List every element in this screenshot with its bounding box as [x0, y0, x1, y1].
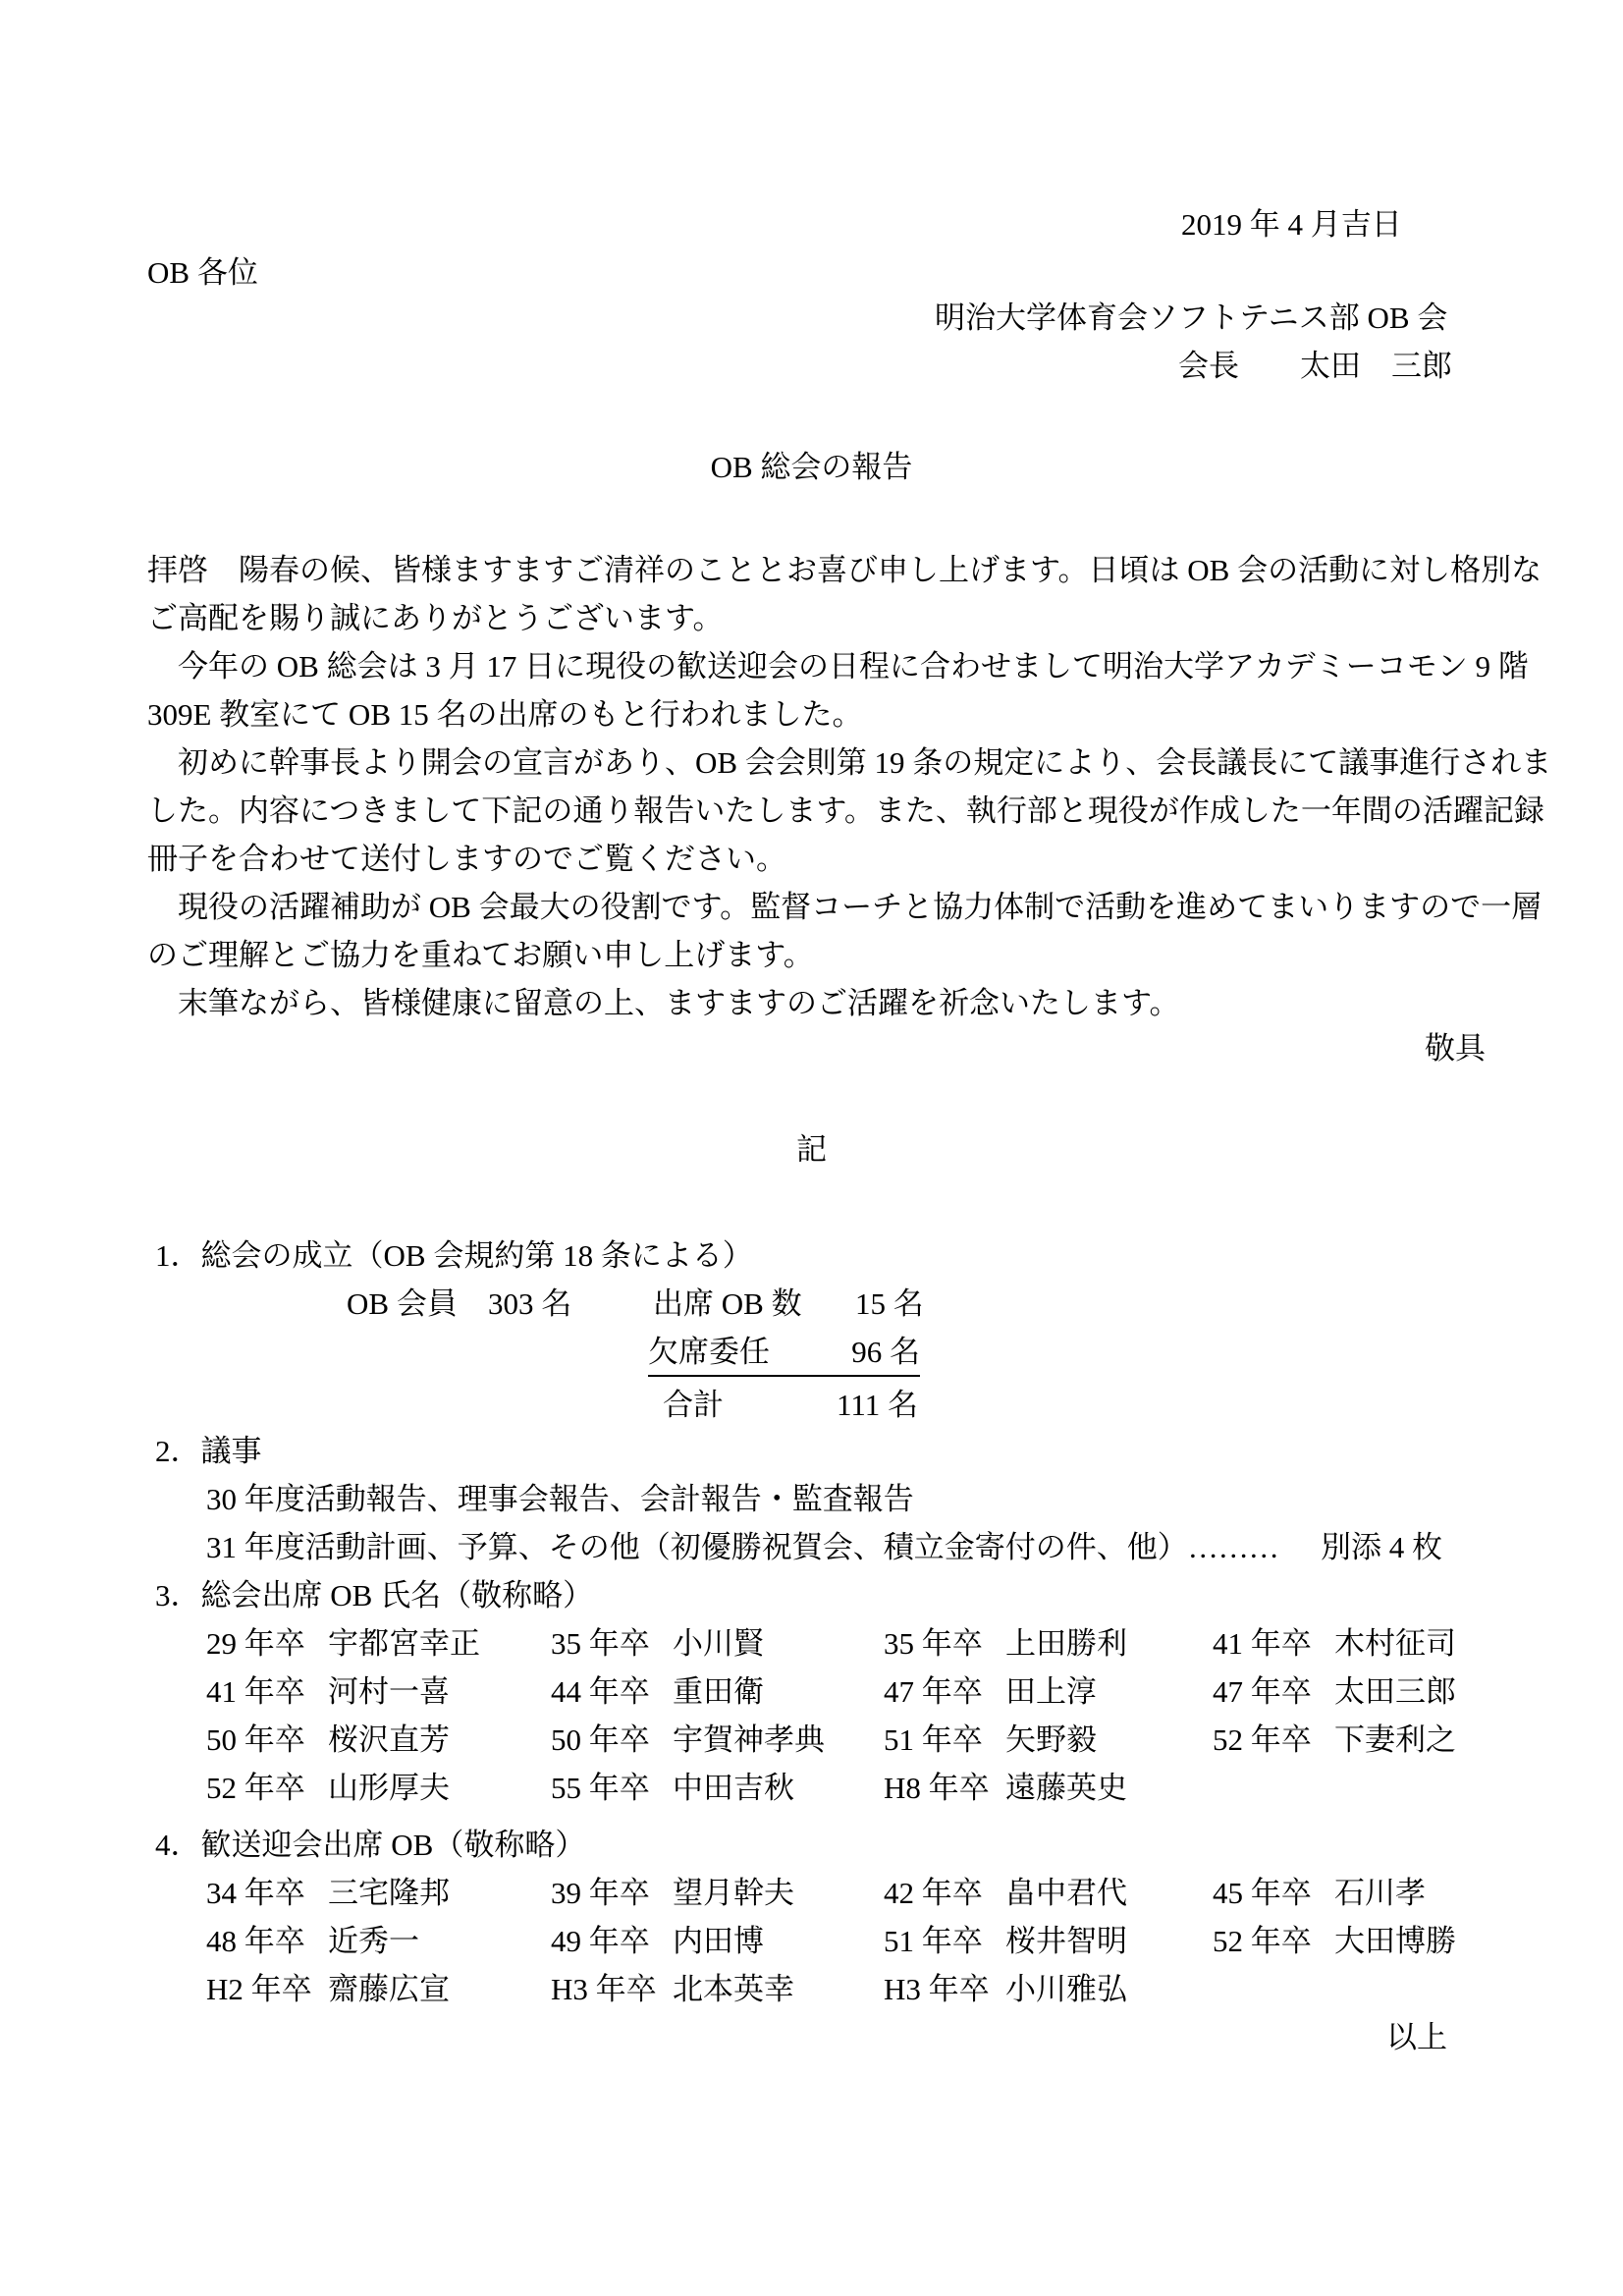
attendee: 52 年卒下妻利之 [1213, 1722, 1507, 1759]
section4-heading: 4．歓送迎会出席 OB（敬称略） [155, 1827, 585, 1864]
attendee-name: 内田博 [673, 1924, 764, 1958]
attendee-name: 大田博勝 [1334, 1924, 1456, 1958]
members-value: 303 名 [488, 1285, 571, 1323]
attendee: 41 年卒木村征司 [1213, 1625, 1507, 1663]
section2-item-text: 31 年度活動計画、予算、その他（初優勝祝賀会、積立金寄付の件、他）……… [206, 1529, 1279, 1566]
letter-page: 2019 年 4 月吉日 OB 各位 明治大学体育会ソフトテニス部 OB 会 会… [0, 0, 1623, 2296]
attendee: 48 年卒近秀一 [206, 1923, 551, 1960]
attendee-year: 50 年卒 [206, 1722, 328, 1759]
attendee-name: 桜井智明 [1005, 1924, 1127, 1958]
sender-org: 明治大学体育会ソフトテニス部 OB 会 [935, 300, 1447, 337]
attendee: 47 年卒田上淳 [884, 1673, 1213, 1711]
attendee: 52 年卒大田博勝 [1213, 1923, 1507, 1960]
attendee-row: 34 年卒三宅隆邦39 年卒望月幹夫42 年卒畠中君代45 年卒石川孝 [206, 1875, 1507, 1912]
record-marker: 記 [0, 1131, 1623, 1169]
attendee-name: 上田勝利 [1005, 1626, 1127, 1661]
attendee-name: 小川雅弘 [1005, 1972, 1127, 2006]
attendee: 55 年卒中田吉秋 [551, 1770, 884, 1807]
attendee-name: 中田吉秋 [673, 1771, 794, 1805]
attendee-year: 39 年卒 [551, 1875, 673, 1912]
attendee-row: 41 年卒河村一喜44 年卒重田衛47 年卒田上淳47 年卒太田三郎 [206, 1673, 1507, 1711]
attendee-name: 山形厚夫 [328, 1771, 450, 1805]
attendee-name: 遠藤英史 [1005, 1771, 1127, 1805]
absent-proxy-value: 96 名 [851, 1334, 920, 1371]
body-line: ご高配を賜り誠にありがとうございます。 [147, 600, 724, 637]
attendee-year: 52 年卒 [1213, 1722, 1334, 1759]
attendee: 51 年卒矢野毅 [884, 1722, 1213, 1759]
attendee-year: H3 年卒 [551, 1971, 673, 2008]
attendee-year: 44 年卒 [551, 1673, 673, 1711]
attendee-name: 宇賀神孝典 [673, 1722, 825, 1757]
attendee-name: 三宅隆邦 [328, 1876, 450, 1910]
attendee-year: 47 年卒 [1213, 1673, 1334, 1711]
attendee: 35 年卒小川賢 [551, 1625, 884, 1663]
absent-proxy-underlined: 欠席委任 96 名 [648, 1334, 920, 1377]
section2-item: 30 年度活動報告、理事会報告、会計報告・監査報告 [206, 1481, 914, 1518]
attendee: 52 年卒山形厚夫 [206, 1770, 551, 1807]
attendee-year: 35 年卒 [884, 1625, 1005, 1663]
attendee-year: 41 年卒 [1213, 1625, 1334, 1663]
attendee: 35 年卒上田勝利 [884, 1625, 1213, 1663]
recipient: OB 各位 [147, 254, 258, 292]
attendee: 44 年卒重田衛 [551, 1673, 884, 1711]
section1-heading: 1．総会の成立（OB 会規約第 18 条による） [155, 1237, 753, 1275]
sender-title: 会長 太田 三郎 [1178, 348, 1452, 385]
attendee-row: 50 年卒桜沢直芳50 年卒宇賀神孝典51 年卒矢野毅52 年卒下妻利之 [206, 1722, 1507, 1759]
attendee-row: 48 年卒近秀一49 年卒内田博51 年卒桜井智明52 年卒大田博勝 [206, 1923, 1507, 1960]
attendee: H8 年卒遠藤英史 [884, 1770, 1213, 1807]
body-line: 冊子を合わせて送付しますのでご覧ください。 [147, 841, 786, 878]
attendee-year: H2 年卒 [206, 1971, 328, 2008]
attendee-name: 重田衛 [673, 1674, 764, 1709]
attendee: 49 年卒内田博 [551, 1923, 884, 1960]
attendee-year: 45 年卒 [1213, 1875, 1334, 1912]
attendee-year: 41 年卒 [206, 1673, 328, 1711]
attendee: 42 年卒畠中君代 [884, 1875, 1213, 1912]
total-label: 合計 [663, 1387, 724, 1424]
attendee: H2 年卒齋藤広宣 [206, 1971, 551, 2008]
attendee: 34 年卒三宅隆邦 [206, 1875, 551, 1912]
body-line: 末筆ながら、皆様健康に留意の上、ますますのご活躍を祈念いたします。 [147, 985, 1180, 1022]
attendee: H3 年卒小川雅弘 [884, 1971, 1213, 2008]
attendee-year: 34 年卒 [206, 1875, 328, 1912]
body-line: 初めに幹事長より開会の宣言があり、OB 会会則第 19 条の規定により、会長議長… [147, 744, 1551, 782]
section2-heading: 2．議事 [155, 1433, 262, 1470]
attendee-name: 河村一喜 [328, 1674, 450, 1709]
attendee: 41 年卒河村一喜 [206, 1673, 551, 1711]
attendance-value: 15 名 [855, 1285, 924, 1323]
attendee: 47 年卒太田三郎 [1213, 1673, 1507, 1711]
attendee-year: 47 年卒 [884, 1673, 1005, 1711]
attendee-year: 55 年卒 [551, 1770, 673, 1807]
members-label: OB 会員 [347, 1285, 458, 1323]
attendee: 29 年卒宇都宮幸正 [206, 1625, 551, 1663]
attendee-year: 52 年卒 [206, 1770, 328, 1807]
attendee: 45 年卒石川孝 [1213, 1875, 1507, 1912]
attendee-year: 50 年卒 [551, 1722, 673, 1759]
attendee-name: 小川賢 [673, 1626, 764, 1661]
body-line: 今年の OB 総会は 3 月 17 日に現役の歓送迎会の日程に合わせまして明治大… [147, 648, 1529, 685]
total-value: 111 名 [837, 1387, 918, 1424]
attendee-name: 下妻利之 [1334, 1722, 1456, 1757]
attendee: H3 年卒北本英幸 [551, 1971, 884, 2008]
attendee-year: H3 年卒 [884, 1971, 1005, 2008]
attendee-year: 51 年卒 [884, 1722, 1005, 1759]
attendee-name: 木村征司 [1334, 1626, 1456, 1661]
attendee-year: H8 年卒 [884, 1770, 1005, 1807]
date-line: 2019 年 4 月吉日 [1181, 206, 1402, 244]
absent-proxy-label: 欠席委任 [648, 1334, 770, 1371]
attendee-name: 桜沢直芳 [328, 1722, 450, 1757]
closing-keigu: 敬具 [1425, 1030, 1486, 1067]
attendee: 51 年卒桜井智明 [884, 1923, 1213, 1960]
attendee-year: 29 年卒 [206, 1625, 328, 1663]
body-line: 309E 教室にて OB 15 名の出席のもと行われました。 [147, 696, 863, 734]
attendee-name: 田上淳 [1005, 1674, 1097, 1709]
attachment-note: 別添 4 枚 [1321, 1529, 1442, 1566]
attendee-year: 49 年卒 [551, 1923, 673, 1960]
attendee-name: 齋藤広宣 [328, 1972, 450, 2006]
attendee-name: 畠中君代 [1005, 1876, 1127, 1910]
attendee-year: 35 年卒 [551, 1625, 673, 1663]
attendee-name: 太田三郎 [1334, 1674, 1456, 1709]
attendee: 39 年卒望月幹夫 [551, 1875, 884, 1912]
attendee-name: 近秀一 [328, 1924, 419, 1958]
body-line: 拝啓 陽春の候、皆様ますますご清祥のこととお喜び申し上げます。日頃は OB 会の… [147, 552, 1542, 589]
attendee-row: 29 年卒宇都宮幸正35 年卒小川賢35 年卒上田勝利41 年卒木村征司 [206, 1625, 1507, 1663]
attendee-name: 宇都宮幸正 [328, 1626, 480, 1661]
attendee-year: 51 年卒 [884, 1923, 1005, 1960]
attendee-name: 矢野毅 [1005, 1722, 1097, 1757]
attendee-name: 石川孝 [1334, 1876, 1426, 1910]
attendee-name: 北本英幸 [673, 1972, 794, 2006]
section3-heading: 3．総会出席 OB 氏名（敬称略） [155, 1577, 593, 1614]
attendee: 50 年卒宇賀神孝典 [551, 1722, 884, 1759]
attendee-name: 望月幹夫 [673, 1876, 794, 1910]
attendee-year: 52 年卒 [1213, 1923, 1334, 1960]
body-line: した。内容につきまして下記の通り報告いたします。また、執行部と現役が作成した一年… [147, 793, 1544, 830]
end-marker: 以上 [1386, 2019, 1447, 2056]
attendee-year: 48 年卒 [206, 1923, 328, 1960]
attendee-row: H2 年卒齋藤広宣H3 年卒北本英幸H3 年卒小川雅弘 [206, 1971, 1213, 2008]
body-line: のご理解とご協力を重ねてお願い申し上げます。 [147, 937, 814, 974]
body-line: 現役の活躍補助が OB 会最大の役割です。監督コーチと協力体制で活動を進めてまい… [147, 889, 1542, 926]
attendee: 50 年卒桜沢直芳 [206, 1722, 551, 1759]
attendee-year: 42 年卒 [884, 1875, 1005, 1912]
attendee-row: 52 年卒山形厚夫55 年卒中田吉秋H8 年卒遠藤英史 [206, 1770, 1213, 1807]
attendance-label: 出席 OB 数 [653, 1285, 802, 1323]
document-title: OB 総会の報告 [0, 449, 1623, 486]
